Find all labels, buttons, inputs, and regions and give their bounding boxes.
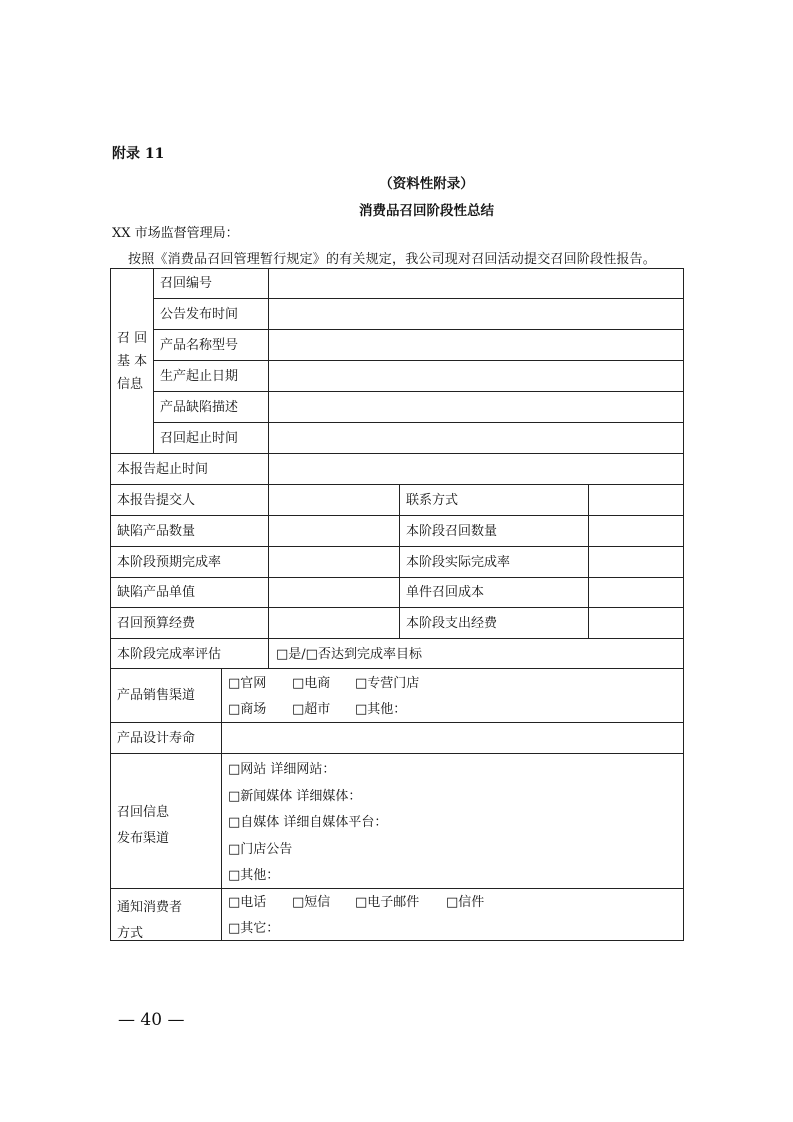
publish-channel-option[interactable]: □其他： (228, 868, 279, 884)
report-period-label: 本报告起止时间 (117, 462, 208, 478)
page-number: — 40 — (118, 1010, 184, 1030)
table-rule (110, 638, 684, 639)
field-product-model-label: 产品名称型号 (160, 338, 238, 354)
table-rule (110, 515, 684, 516)
field-announcement-time-value[interactable] (270, 300, 682, 328)
stage-recall-quantity-label: 本阶段召回数量 (406, 524, 497, 540)
table-rule (110, 888, 684, 889)
table-rule (110, 668, 684, 669)
field-recall-period-value[interactable] (270, 424, 682, 452)
evaluation-label: 本阶段完成率评估 (117, 647, 221, 663)
addressee: XX 市场监督管理局： (112, 222, 239, 241)
table-rule (153, 268, 154, 453)
contact-label: 联系方式 (406, 493, 458, 509)
field-defect-description-value[interactable] (270, 393, 682, 421)
table-rule (221, 668, 222, 940)
table-rule (110, 607, 684, 608)
group-label-line: 基 本 (117, 350, 147, 373)
submitter-label: 本报告提交人 (117, 493, 195, 509)
document-title: 消费品召回阶段性总结 (0, 199, 793, 219)
unit-recall-cost-label: 单件召回成本 (406, 585, 484, 601)
field-announcement-time-label: 公告发布时间 (160, 307, 238, 323)
sales-channel-option[interactable]: □官网 (228, 676, 266, 692)
table-border (683, 268, 684, 941)
table-rule (399, 484, 400, 638)
notify-option[interactable]: □其它： (228, 921, 279, 937)
unit-value-label: 缺陷产品单值 (117, 585, 195, 601)
group-label-line: 召 回 (117, 327, 147, 350)
intro-paragraph: 按照《消费品召回管理暂行规定》的有关规定，我公司现对召回活动提交召回阶段性报告。 (128, 248, 656, 267)
table-rule (110, 546, 684, 547)
notify-option[interactable]: □电话 (228, 895, 266, 911)
actual-completion-rate-label: 本阶段实际完成率 (406, 555, 510, 571)
notify-method-label: 通知消费者 方式 (117, 895, 182, 947)
publish-channel-option[interactable]: □新闻媒体 详细媒体： (228, 789, 361, 805)
group-label-line: 信息 (117, 373, 147, 396)
field-defect-description-label: 产品缺陷描述 (160, 400, 238, 416)
expected-completion-rate-label: 本阶段预期完成率 (117, 555, 221, 571)
publish-channels-label-line: 发布渠道 (117, 826, 169, 852)
field-production-dates-value[interactable] (270, 362, 682, 390)
sales-channel-option[interactable]: □商场 (228, 702, 266, 718)
recall-budget-label: 召回预算经费 (117, 616, 195, 632)
table-rule (110, 753, 684, 754)
table-rule (588, 484, 589, 638)
notify-method-label-line: 方式 (117, 921, 182, 947)
appendix-label: 附录 11 (112, 143, 164, 163)
field-production-dates-label: 生产起止日期 (160, 369, 238, 385)
field-product-model-value[interactable] (270, 331, 682, 359)
table-rule (110, 484, 684, 485)
publish-channels-label: 召回信息 发布渠道 (117, 800, 169, 852)
sales-channel-option[interactable]: □其他： (355, 702, 406, 718)
field-recall-number-label: 召回编号 (160, 276, 212, 292)
stage-expenditure-label: 本阶段支出经费 (406, 616, 497, 632)
sales-channel-option[interactable]: □专营门店 (355, 676, 419, 692)
field-recall-number-value[interactable] (270, 270, 682, 298)
notify-option[interactable]: □信件 (446, 895, 484, 911)
publish-channel-option[interactable]: □网站 详细网站： (228, 762, 335, 778)
publish-channel-option[interactable]: □自媒体 详细自媒体平台： (228, 815, 387, 831)
evaluation-checkbox-option[interactable]: □是/□否达到完成率目标 (276, 647, 422, 663)
table-border (110, 940, 684, 941)
publish-channels-label-line: 召回信息 (117, 800, 169, 826)
basic-info-group-label: 召 回 基 本 信息 (117, 327, 147, 396)
notify-option[interactable]: □电子邮件 (355, 895, 419, 911)
report-period-value[interactable] (270, 455, 682, 483)
table-border (110, 268, 111, 941)
design-life-label: 产品设计寿命 (117, 731, 195, 747)
defect-quantity-label: 缺陷产品数量 (117, 524, 195, 540)
notify-method-label-line: 通知消费者 (117, 895, 182, 921)
field-recall-period-label: 召回起止时间 (160, 431, 238, 447)
sales-channel-option[interactable]: □超市 (292, 702, 330, 718)
notify-option[interactable]: □短信 (292, 895, 330, 911)
table-rule (110, 577, 684, 578)
sales-channel-option[interactable]: □电商 (292, 676, 330, 692)
publish-channel-option[interactable]: □门店公告 (228, 842, 292, 858)
design-life-value[interactable] (223, 724, 682, 752)
document-subtitle: （资料性附录） (0, 172, 793, 192)
sales-channels-label: 产品销售渠道 (117, 688, 195, 704)
